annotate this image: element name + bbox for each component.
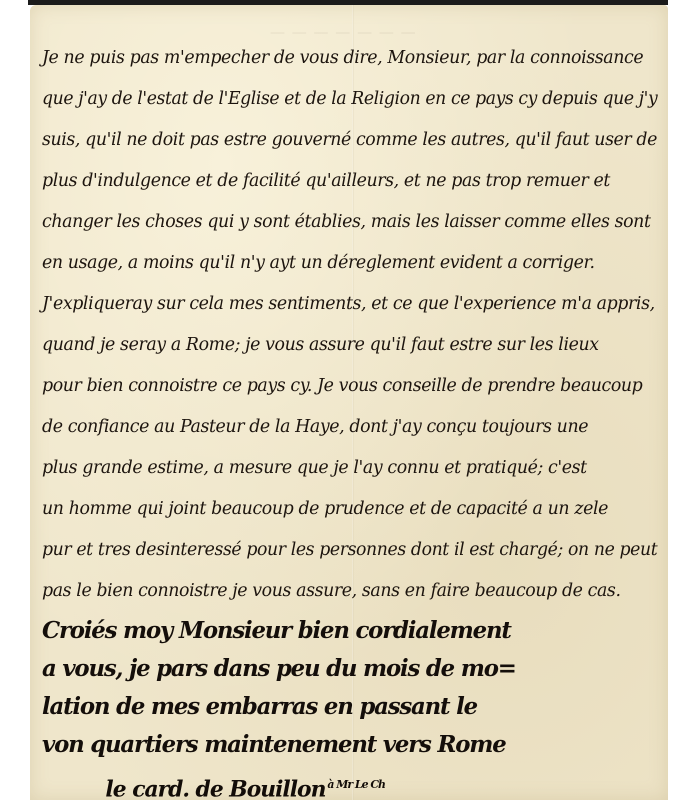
closing-line: von quartiers maintenement vers Rome bbox=[42, 726, 657, 764]
signature-superscript: à Mr Le Ch bbox=[327, 778, 385, 791]
closing-line: Croiés moy Monsieur bien cordialement bbox=[42, 612, 657, 650]
closing-line: lation de mes embarras en passant le bbox=[42, 688, 657, 726]
letter-line: changer les choses qui y sont établies, … bbox=[42, 202, 657, 243]
letter-line: quand je seray a Rome; je vous assure qu… bbox=[42, 325, 657, 366]
letter-line: plus grande estime, a mesure que je l'ay… bbox=[42, 448, 657, 489]
letter-body: Je ne puis pas m'empecher de vous dire, … bbox=[42, 38, 662, 800]
letter-line: pour bien connoistre ce pays cy. Je vous… bbox=[42, 366, 657, 407]
letter-line: de confiance au Pasteur de la Haye, dont… bbox=[42, 407, 657, 448]
letter-line: plus d'indulgence et de facilité qu'aill… bbox=[42, 161, 657, 202]
letter-line: pur et tres desinteressé pour les person… bbox=[42, 530, 654, 571]
letter-line: en usage, a moins qu'il n'y ayt un déreg… bbox=[42, 243, 657, 284]
letter-line: suis, qu'il ne doit pas estre gouverné c… bbox=[42, 120, 656, 161]
letter-line: pas le bien connoistre je vous assure, s… bbox=[42, 571, 657, 612]
closing-line: a vous, je pars dans peu du mois de mo= bbox=[42, 650, 657, 688]
signature: le card. de Bouillonà Mr Le Ch bbox=[42, 764, 656, 800]
letter-line: J'expliqueray sur cela mes sentiments, e… bbox=[42, 284, 657, 325]
letter-line: Je ne puis pas m'empecher de vous dire, … bbox=[42, 38, 657, 79]
letter-line: un homme qui joint beaucoup de prudence … bbox=[42, 489, 657, 530]
letter-line: que j'ay de l'estat de l'Eglise et de la… bbox=[42, 79, 652, 120]
signature-name: le card. de Bouillon bbox=[105, 776, 325, 800]
